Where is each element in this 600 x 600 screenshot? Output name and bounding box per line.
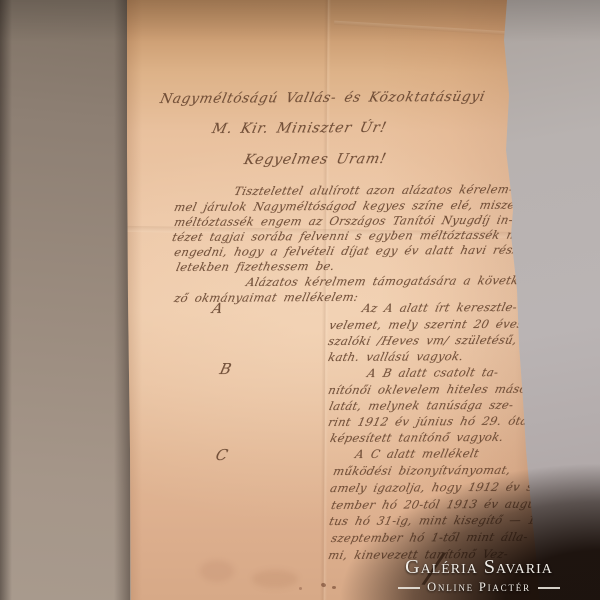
watermark-subtitle: Online Piactér — [427, 580, 531, 595]
body-line: engedni, hogy a felvételi díjat egy év a… — [173, 243, 525, 259]
exhibit-b-line: nítónői oklevelem hiteles máso- — [327, 382, 533, 397]
photo-of-handwritten-letter: Nagyméltóságú Vallás- és Közoktatásügyi … — [0, 0, 600, 600]
paper-stain — [252, 570, 298, 588]
watermark-dash-left — [398, 587, 420, 589]
exhibit-c-line: működési bizonyítványomat, — [332, 463, 512, 478]
salutation-line: M. Kir. Miniszter Úr! — [210, 120, 388, 137]
marketplace-watermark: Galéria Savaria Online Piactér — [364, 556, 594, 595]
body-line: méltóztassék engem az Országos Tanítói N… — [173, 213, 515, 229]
watermark-dash-right — [538, 587, 560, 589]
body-line: Tisztelettel alulírott azon alázatos kér… — [233, 182, 515, 198]
exhibit-c-line: amely igazolja, hogy 1912 év szep- — [329, 479, 560, 495]
watermark-title: Galéria Savaria — [364, 556, 594, 579]
body-line: ző okmányaimat mellékelem: — [173, 290, 360, 305]
exhibit-a-line: Az A alatt írt keresztle- — [361, 300, 519, 315]
body-line: tézet tagjai sorába felvenni s egyben mé… — [171, 227, 539, 244]
exhibit-label-b: B — [218, 360, 233, 378]
salutation-line: Kegyelmes Uram! — [242, 151, 388, 168]
exhibit-label-a: A — [210, 301, 224, 317]
exhibit-b-line: latát, melynek tanúsága sze- — [328, 398, 515, 413]
diagonal-crease — [334, 21, 510, 36]
ink-speck — [332, 586, 336, 589]
exhibit-b-line: képesített tanítónő vagyok. — [329, 430, 505, 445]
salutation-line: Nagyméltóságú Vallás- és Közoktatásügyi — [158, 89, 486, 107]
body-line: mel járulok Nagyméltóságod kegyes színe … — [173, 197, 539, 214]
exhibit-b-line: A B alatt csatolt ta- — [366, 365, 500, 380]
exhibit-b-line: rint 1912 év június hó 29. óta — [327, 414, 530, 429]
body-line: Alázatos kérelmem támogatására a követke… — [245, 273, 532, 289]
exhibit-a-line: kath. vallású vagyok. — [327, 349, 465, 364]
exhibit-c-line: tember hó 20-tól 1913 év augusz- — [330, 496, 554, 512]
exhibit-c-line: A C alatt mellékelt — [354, 446, 481, 461]
ink-speck — [299, 587, 302, 590]
watermark-subtitle-row: Online Piactér — [364, 580, 594, 595]
body-line: letekben fizethessem be. — [175, 259, 336, 274]
paper-stain — [200, 560, 234, 582]
exhibit-label-c: C — [214, 446, 230, 464]
